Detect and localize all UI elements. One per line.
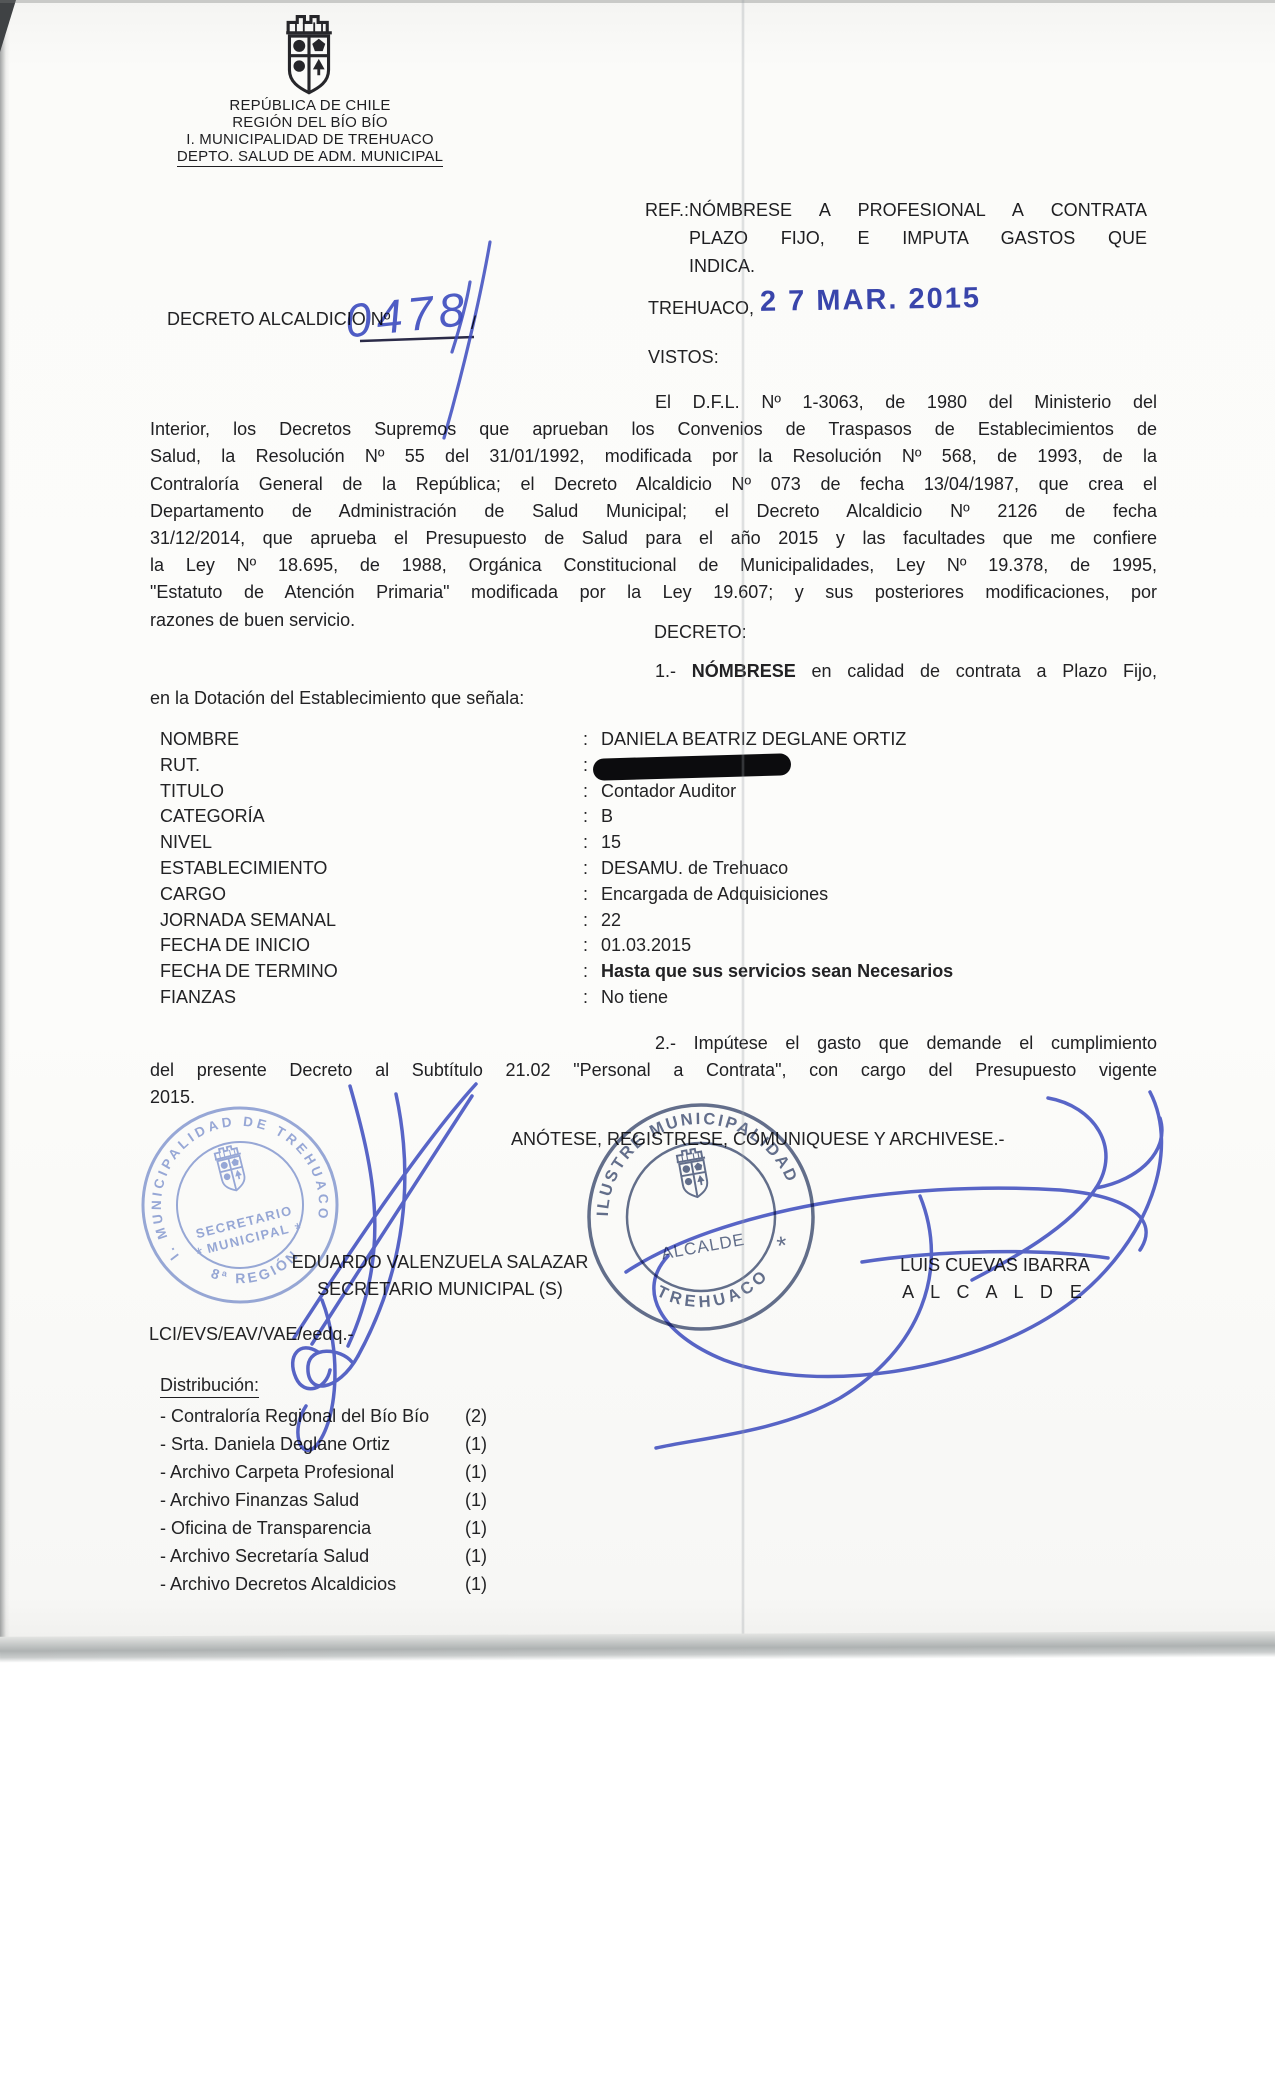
distribution-copies: (1) — [465, 1574, 487, 1595]
scan-top-edge — [0, 0, 1275, 3]
scanned-decree-document: REPÚBLICA DE CHILE REGIÓN DEL BÍO BÍO I.… — [0, 0, 1275, 2100]
field-label: CATEGORÍA — [160, 806, 265, 826]
date-stamp: 2 7 MAR. 2015 — [760, 282, 982, 319]
distribution-row: - Archivo Finanzas Salud(1) — [160, 1490, 429, 1518]
field-row: FIANZAS:No tiene — [160, 987, 1060, 1013]
paragraph-line: Departamento de Administración de Salud … — [150, 498, 1157, 525]
distribution-recipient: - Oficina de Transparencia — [160, 1518, 371, 1538]
distribution-copies: (1) — [465, 1518, 487, 1539]
field-row: RUT.: — [160, 755, 1060, 781]
mayor-round-stamp: ILUSTRE MUNICIPALIDAD ALCALDE * TREHUACO — [561, 1077, 841, 1357]
paragraph-line: "Estatuto de Atención Primaria" modifica… — [150, 579, 1157, 606]
field-value: DANIELA BEATRIZ DEGLANE ORTIZ — [601, 729, 906, 750]
field-row: NIVEL:15 — [160, 832, 1060, 858]
field-row: CARGO:Encargada de Adquisiciones — [160, 884, 1060, 910]
field-label: NOMBRE — [160, 729, 239, 749]
field-colon: : — [583, 781, 588, 802]
reference-block: REF.: NÓMBRESE A PROFESIONAL A CONTRATA … — [645, 196, 1147, 280]
drafting-initials: LCI/EVS/EAV/VAE/eedq.- — [149, 1324, 353, 1345]
field-colon: : — [583, 910, 588, 931]
distribution-list: Distribución: - Contraloría Regional del… — [160, 1375, 429, 1602]
mayor-stamp-star: * — [775, 1230, 790, 1261]
mayor-stamp-center-text: ALCALDE — [660, 1230, 747, 1263]
decree-number-underline — [360, 337, 474, 341]
field-value: Encargada de Adquisiciones — [601, 884, 828, 905]
article-1-line-1: 1.- NÓMBRESE en calidad de contrata a Pl… — [655, 661, 1157, 682]
mayor-stamp-ring-top-text: ILUSTRE MUNICIPALIDAD — [579, 1093, 802, 1220]
field-value: Contador Auditor — [601, 781, 736, 802]
paragraph-line: 2015. — [150, 1084, 1157, 1111]
field-label: ESTABLECIMIENTO — [160, 858, 327, 878]
field-value: 01.03.2015 — [601, 935, 691, 956]
scan-edge-shadow — [0, 0, 10, 1648]
distribution-recipient: - Archivo Finanzas Salud — [160, 1490, 359, 1510]
decree-number-label: DECRETO ALCALDICIO Nº — [167, 309, 390, 330]
secretary-stamp-star: * — [293, 1219, 304, 1239]
closing-formula: ANÓTESE, REGISTRESE, COMUNIQUESE Y ARCHI… — [511, 1129, 1004, 1150]
field-row: CATEGORÍA:B — [160, 806, 1060, 832]
redaction-bar — [593, 753, 792, 781]
paragraph-line: Salud, la Resolución Nº 55 del 31/01/199… — [150, 443, 1157, 470]
distribution-recipient: - Contraloría Regional del Bío Bío — [160, 1406, 429, 1426]
letterhead: REPÚBLICA DE CHILE REGIÓN DEL BÍO BÍO I.… — [140, 97, 480, 167]
field-colon: : — [583, 884, 588, 905]
article-1-line-2: en la Dotación del Establecimiento que s… — [150, 688, 524, 709]
field-label: FIANZAS — [160, 987, 236, 1007]
field-value: 15 — [601, 832, 621, 853]
distribution-row: - Oficina de Transparencia(1) — [160, 1518, 429, 1546]
secretary-name: EDUARDO VALENZUELA SALAZAR — [235, 1249, 645, 1276]
reference-line: INDICA. — [689, 252, 1147, 280]
distribution-heading: Distribución: — [160, 1375, 259, 1398]
distribution-row: - Srta. Daniela Deglane Ortiz(1) — [160, 1434, 429, 1462]
field-value: B — [601, 806, 613, 827]
field-value: No tiene — [601, 987, 668, 1008]
field-colon: : — [583, 806, 588, 827]
field-label: JORNADA SEMANAL — [160, 910, 336, 930]
paragraph-line: El D.F.L. Nº 1-3063, de 1980 del Ministe… — [150, 389, 1157, 416]
reference-line: NÓMBRESE A PROFESIONAL A CONTRATA — [689, 196, 1147, 224]
distribution-copies: (1) — [465, 1434, 487, 1455]
svg-text:TREHUACO: TREHUACO — [651, 1263, 776, 1320]
republic-coat-of-arms-icon — [266, 12, 352, 98]
field-row: TITULO:Contador Auditor — [160, 781, 1060, 807]
field-colon: : — [583, 935, 588, 956]
vistos-paragraph: El D.F.L. Nº 1-3063, de 1980 del Ministe… — [150, 389, 1157, 634]
distribution-recipient: - Srta. Daniela Deglane Ortiz — [160, 1434, 390, 1454]
secretary-title: SECRETARIO MUNICIPAL (S) — [235, 1276, 645, 1303]
field-colon: : — [583, 832, 588, 853]
distribution-row: - Archivo Carpeta Profesional(1) — [160, 1462, 429, 1490]
distribution-copies: (2) — [465, 1406, 487, 1427]
field-label: RUT. — [160, 755, 200, 775]
reference-label: REF.: — [645, 196, 689, 280]
svg-text:I. MUNICIPALIDAD DE TREHUACO: I. MUNICIPALIDAD DE TREHUACO — [129, 1094, 338, 1265]
field-colon: : — [583, 858, 588, 879]
field-row: FECHA DE INICIO:01.03.2015 — [160, 935, 1060, 961]
field-colon: : — [583, 961, 588, 982]
appointment-fields-table: NOMBRE:DANIELA BEATRIZ DEGLANE ORTIZ RUT… — [160, 729, 1060, 1013]
vistos-heading: VISTOS: — [648, 347, 719, 368]
paragraph-line: 2.- Impútese el gasto que demande el cum… — [150, 1030, 1157, 1057]
paragraph-line: del presente Decreto al Subtítulo 21.02 … — [150, 1057, 1157, 1084]
field-label: TITULO — [160, 781, 224, 801]
field-row: JORNADA SEMANAL:22 — [160, 910, 1060, 936]
secretary-signature-block: EDUARDO VALENZUELA SALAZAR SECRETARIO MU… — [235, 1249, 645, 1303]
field-row: ESTABLECIMIENTO:DESAMU. de Trehuaco — [160, 858, 1060, 884]
secretary-stamp-star: * — [194, 1244, 205, 1264]
paper-sheet: REPÚBLICA DE CHILE REGIÓN DEL BÍO BÍO I.… — [0, 0, 1275, 1648]
field-label: NIVEL — [160, 832, 212, 852]
paragraph-line: Contraloría General de la República; el … — [150, 471, 1157, 498]
paragraph-line: 31/12/2014, que aprueba el Presupuesto d… — [150, 525, 1157, 552]
field-value: DESAMU. de Trehuaco — [601, 858, 788, 879]
decreto-heading: DECRETO: — [654, 622, 747, 643]
distribution-row: - Contraloría Regional del Bío Bío(2) — [160, 1406, 429, 1434]
distribution-copies: (1) — [465, 1546, 487, 1567]
field-row: NOMBRE:DANIELA BEATRIZ DEGLANE ORTIZ — [160, 729, 1060, 755]
place-label: TREHUACO, — [648, 298, 754, 319]
field-row: FECHA DE TERMINO:Hasta que sus servicios… — [160, 961, 1060, 987]
distribution-recipient: - Archivo Decretos Alcaldicios — [160, 1574, 396, 1594]
article-1-rest: en calidad de contrata a Plazo Fijo, — [796, 661, 1157, 681]
letterhead-department: DEPTO. SALUD DE ADM. MUNICIPAL — [177, 148, 443, 167]
distribution-copies: (1) — [465, 1462, 487, 1483]
field-colon: : — [583, 755, 588, 776]
field-label: FECHA DE TERMINO — [160, 961, 338, 981]
article-1-number: 1.- — [655, 661, 692, 681]
page-bottom-shadow — [0, 1631, 1275, 1663]
field-value: 22 — [601, 910, 621, 931]
field-value: Hasta que sus servicios sean Necesarios — [601, 961, 953, 982]
field-colon: : — [583, 987, 588, 1008]
mayor-title: A L C A L D E — [845, 1279, 1145, 1306]
distribution-row: - Archivo Decretos Alcaldicios(1) — [160, 1574, 429, 1602]
decree-slash: / — [471, 313, 476, 334]
field-label: CARGO — [160, 884, 226, 904]
paragraph-line: Interior, los Decretos Supremos que apru… — [150, 416, 1157, 443]
mayor-name: LUIS CUEVAS IBARRA — [845, 1252, 1145, 1279]
svg-text:ILUSTRE MUNICIPALIDAD: ILUSTRE MUNICIPALIDAD — [579, 1093, 802, 1220]
distribution-recipient: - Archivo Secretaría Salud — [160, 1546, 369, 1566]
letterhead-municipality: I. MUNICIPALIDAD DE TREHUACO — [140, 131, 480, 148]
distribution-recipient: - Archivo Carpeta Profesional — [160, 1462, 394, 1482]
letterhead-country: REPÚBLICA DE CHILE — [140, 97, 480, 114]
paper-fold-crease — [741, 0, 745, 1648]
secretary-stamp-line1: SECRETARIO — [194, 1203, 294, 1242]
distribution-copies: (1) — [465, 1490, 487, 1511]
mayor-signature-block: LUIS CUEVAS IBARRA A L C A L D E — [845, 1252, 1145, 1306]
mayor-stamp-ring-bottom-text: TREHUACO — [651, 1263, 776, 1320]
article-2-paragraph: 2.- Impútese el gasto que demande el cum… — [150, 1030, 1157, 1112]
field-label: FECHA DE INICIO — [160, 935, 310, 955]
reference-line: PLAZO FIJO, E IMPUTA GASTOS QUE — [689, 224, 1147, 252]
paragraph-line: la Ley Nº 18.695, de 1988, Orgánica Cons… — [150, 552, 1157, 579]
secretary-stamp-ring-text: I. MUNICIPALIDAD DE TREHUACO — [129, 1094, 338, 1265]
letterhead-region: REGIÓN DEL BÍO BÍO — [140, 114, 480, 131]
distribution-row: - Archivo Secretaría Salud(1) — [160, 1546, 429, 1574]
field-colon: : — [583, 729, 588, 750]
